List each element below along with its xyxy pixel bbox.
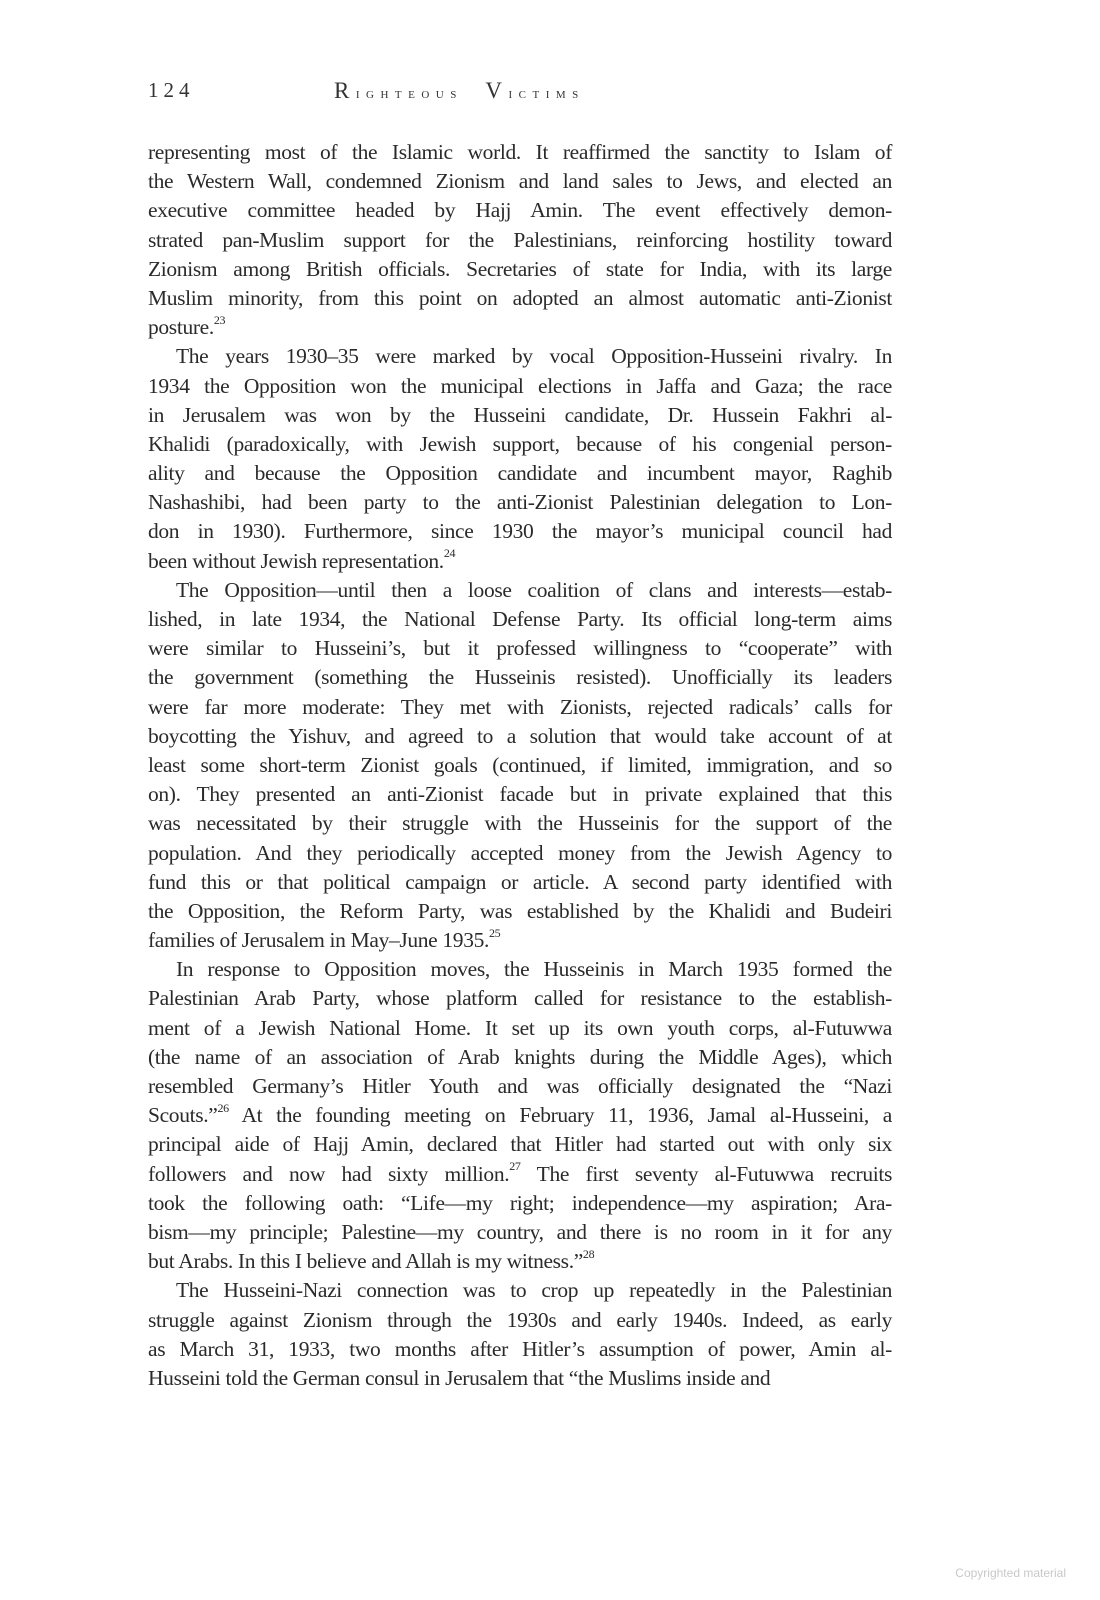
paragraph: representing most of the Islamic world. … — [148, 138, 892, 342]
text-line: Husseini told the German consul in Jerus… — [148, 1364, 892, 1393]
paragraph: The years 1930–35 were marked by vocal O… — [148, 342, 892, 576]
text-line: Palestinian Arab Party, whose platform c… — [148, 984, 892, 1013]
text-line: on). They presented an anti-Zionist faca… — [148, 780, 892, 809]
text-line: the government (something the Husseinis … — [148, 663, 892, 692]
text-line: least some short-term Zionist goals (con… — [148, 751, 892, 780]
footnote-marker: 24 — [444, 546, 455, 560]
text-line: ment of a Jewish National Home. It set u… — [148, 1014, 892, 1043]
text-line: families of Jerusalem in May–June 1935.2… — [148, 926, 892, 955]
footnote-marker: 27 — [509, 1159, 520, 1173]
text-line: the Opposition, the Reform Party, was es… — [148, 897, 892, 926]
text-line: the Western Wall, condemned Zionism and … — [148, 167, 892, 196]
text-line: principal aide of Hajj Amin, declared th… — [148, 1130, 892, 1159]
text-line: The Husseini-Nazi connection was to crop… — [148, 1276, 892, 1305]
text-line: strated pan-Muslim support for the Pales… — [148, 226, 892, 255]
text-line: Scouts.”26 At the founding meeting on Fe… — [148, 1101, 892, 1130]
text-line: resembled Germany’s Hitler Youth and was… — [148, 1072, 892, 1101]
text-line: followers and now had sixty million.27 T… — [148, 1160, 892, 1189]
text-line: were far more moderate: They met with Zi… — [148, 693, 892, 722]
text-line: but Arabs. In this I believe and Allah i… — [148, 1247, 892, 1276]
text-line: In response to Opposition moves, the Hus… — [148, 955, 892, 984]
text-line: struggle against Zionism through the 193… — [148, 1306, 892, 1335]
text-line: ality and because the Opposition candida… — [148, 459, 892, 488]
text-line: boycotting the Yishuv, and agreed to a s… — [148, 722, 892, 751]
text-line: lished, in late 1934, the National Defen… — [148, 605, 892, 634]
text-line: population. And they periodically accept… — [148, 839, 892, 868]
footnote-marker: 26 — [217, 1101, 228, 1115]
text-line: don in 1930). Furthermore, since 1930 th… — [148, 517, 892, 546]
footnote-marker: 28 — [583, 1247, 594, 1261]
text-line: Muslim minority, from this point on adop… — [148, 284, 892, 313]
book-title: Righteous Victims — [334, 78, 585, 104]
text-line: executive committee headed by Hajj Amin.… — [148, 196, 892, 225]
text-line: in Jerusalem was won by the Husseini can… — [148, 401, 892, 430]
text-line: The Opposition—until then a loose coalit… — [148, 576, 892, 605]
text-line: posture.23 — [148, 313, 892, 342]
paragraph: In response to Opposition moves, the Hus… — [148, 955, 892, 1276]
text-line: as March 31, 1933, two months after Hitl… — [148, 1335, 892, 1364]
text-line: representing most of the Islamic world. … — [148, 138, 892, 167]
page-number: 124 — [148, 78, 195, 103]
text-line: Khalidi (paradoxically, with Jewish supp… — [148, 430, 892, 459]
text-line: 1934 the Opposition won the municipal el… — [148, 372, 892, 401]
text-line: Zionism among British officials. Secreta… — [148, 255, 892, 284]
text-line: took the following oath: “Life—my right;… — [148, 1189, 892, 1218]
footnote-marker: 23 — [214, 313, 225, 327]
text-line: The years 1930–35 were marked by vocal O… — [148, 342, 892, 371]
text-line: been without Jewish representation.24 — [148, 547, 892, 576]
running-head: 124 Righteous Victims — [148, 78, 892, 110]
paragraph: The Husseini-Nazi connection was to crop… — [148, 1276, 892, 1393]
text-line: was necessitated by their struggle with … — [148, 809, 892, 838]
text-line: fund this or that political campaign or … — [148, 868, 892, 897]
text-line: were similar to Husseini’s, but it profe… — [148, 634, 892, 663]
body-text: representing most of the Islamic world. … — [148, 138, 892, 1393]
text-line: Nashashibi, had been party to the anti-Z… — [148, 488, 892, 517]
text-line: (the name of an association of Arab knig… — [148, 1043, 892, 1072]
footnote-marker: 25 — [489, 926, 500, 940]
text-line: bism—my principle; Palestine—my country,… — [148, 1218, 892, 1247]
paragraph: The Opposition—until then a loose coalit… — [148, 576, 892, 955]
copyright-watermark: Copyrighted material — [955, 1566, 1066, 1580]
